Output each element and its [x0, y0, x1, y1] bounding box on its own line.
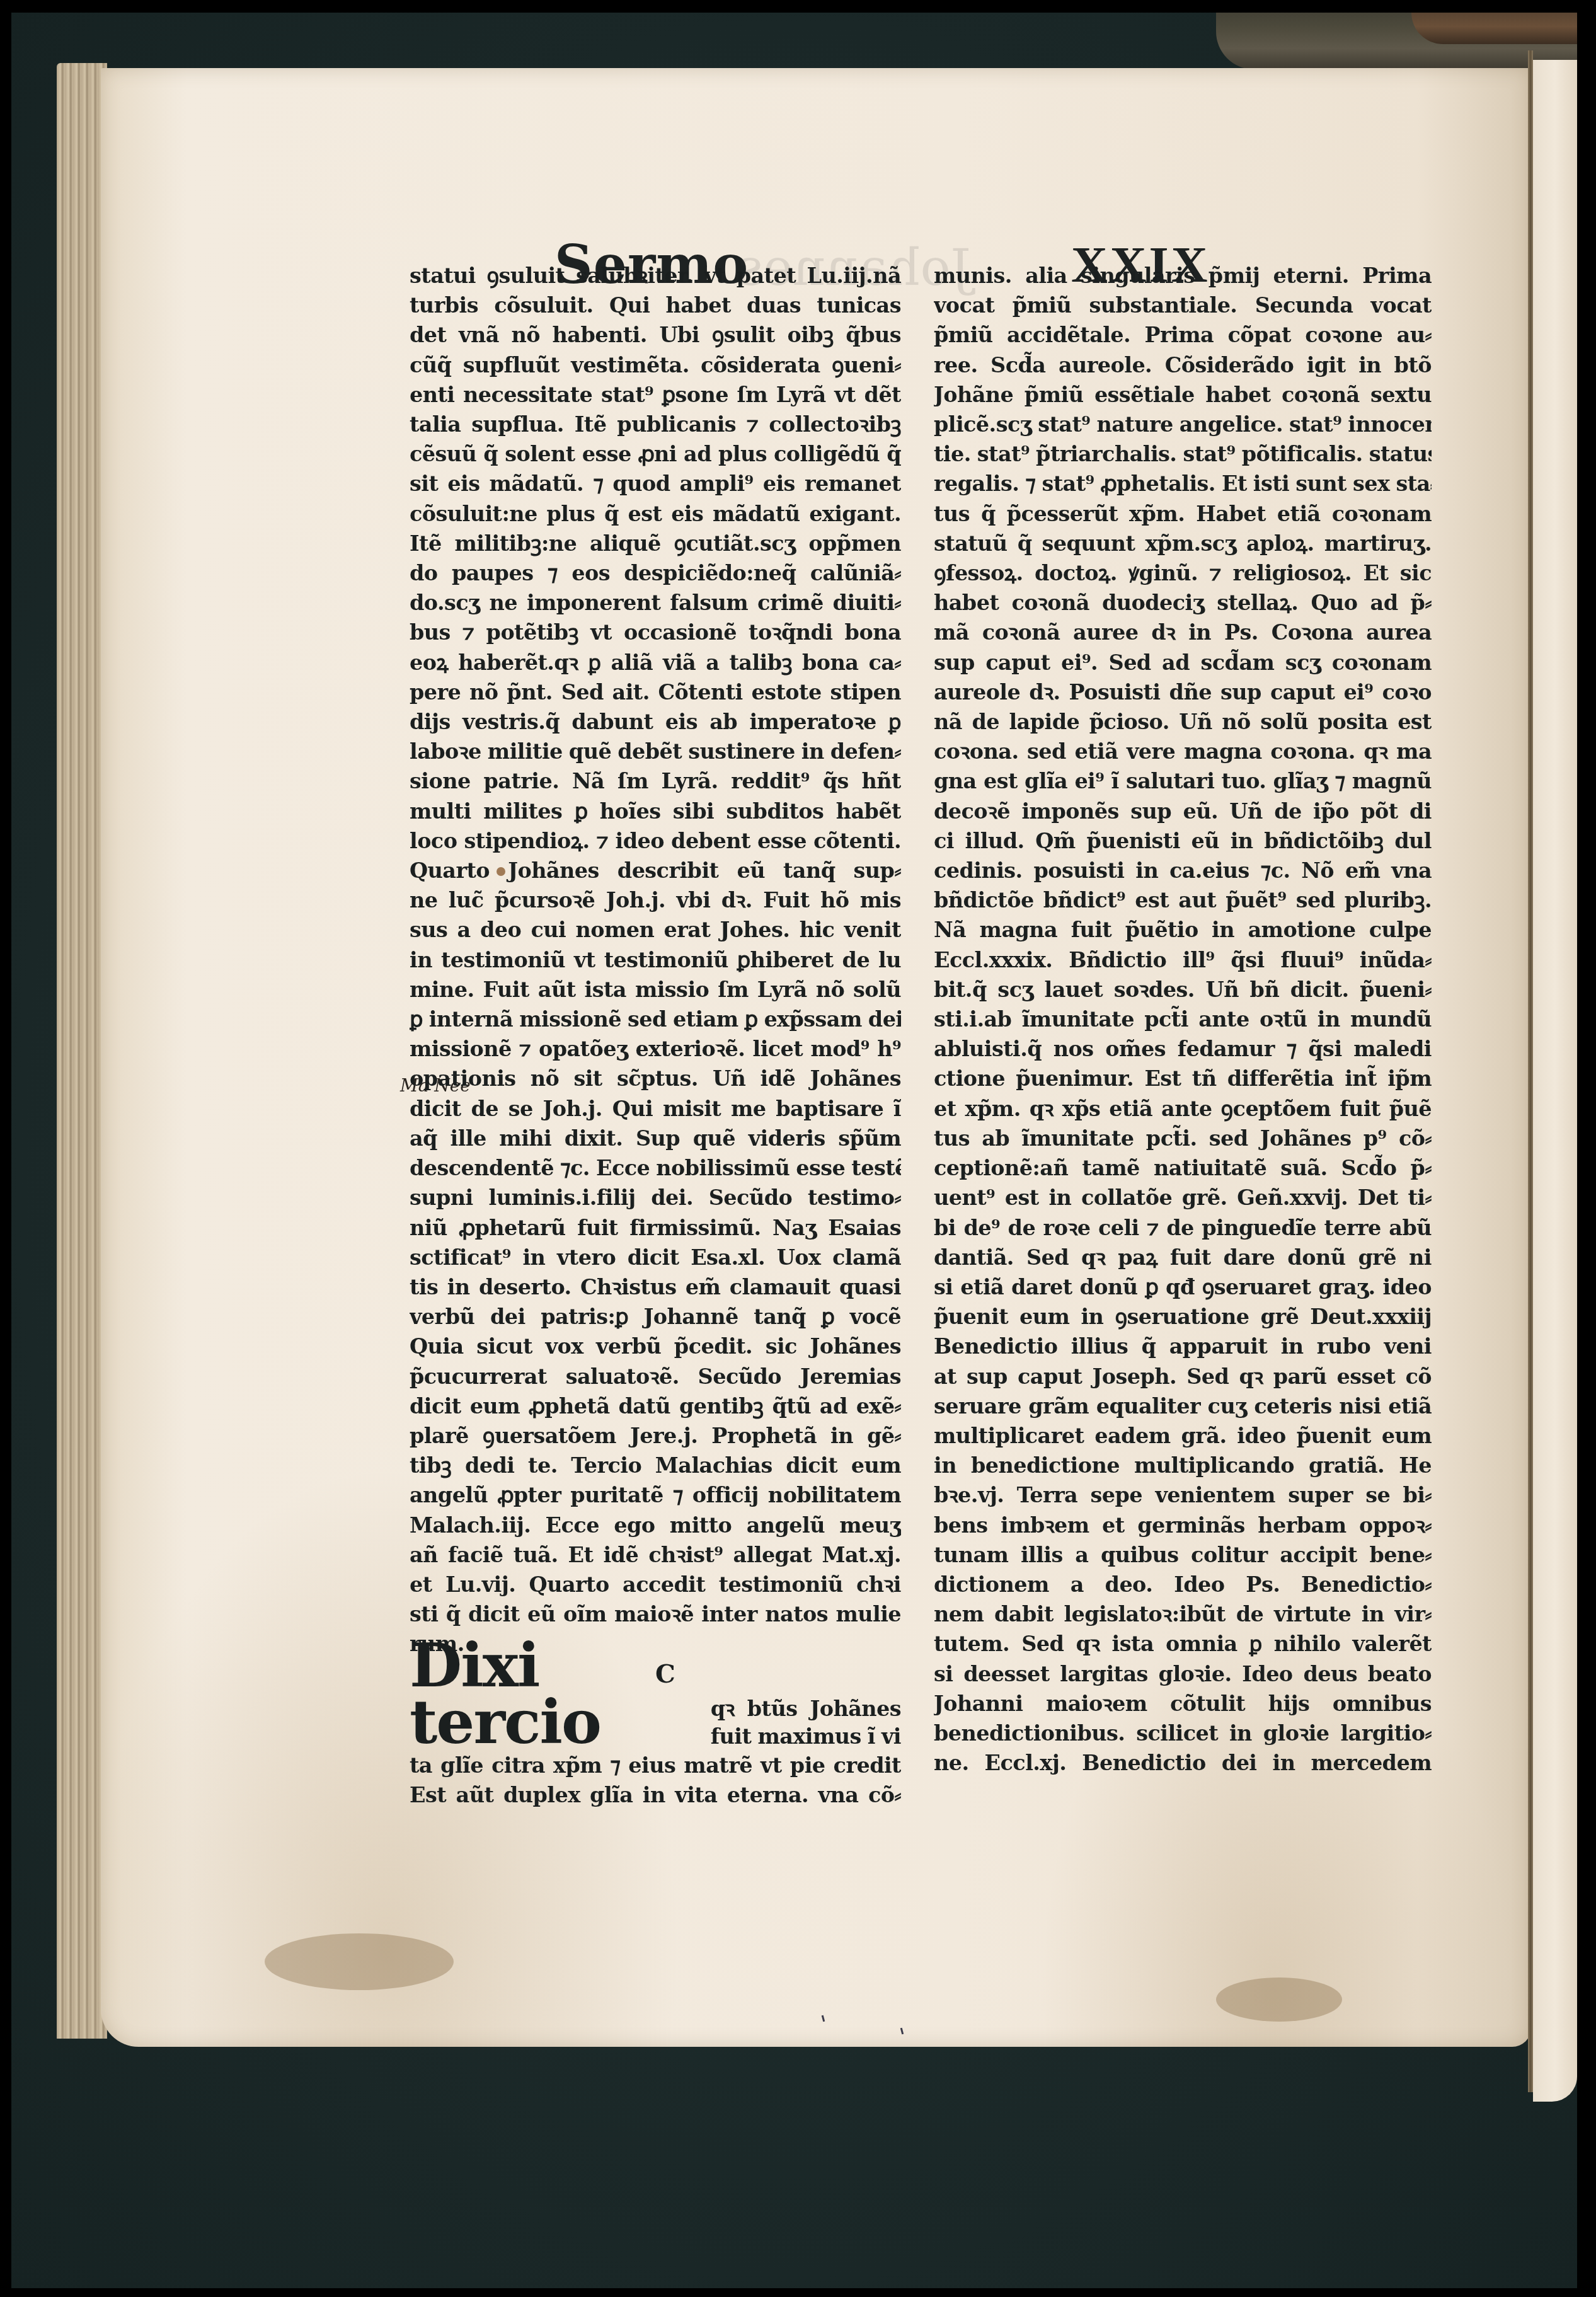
text-line: et xp̃m. qꝛ xp̃s etiã ante ꝯceptõem fuit…	[934, 1094, 1432, 1124]
text-line: seruare grãm equaliter cuʒ ceteris nisi …	[934, 1391, 1432, 1421]
text-line: et Lu.vij. Quarto accedit testimoniũ chꝛ…	[410, 1570, 901, 1599]
ink-speck	[900, 2028, 904, 2034]
text-line: ne. Eccl.xj. Benedictio dei in mercedem	[934, 1748, 1432, 1778]
text-line: enti necessitate stat⁹ ꝑsone ſm Lyrã vt …	[410, 380, 901, 410]
text-line: ceptionẽ:añ tamẽ natiuitatẽ suã. Scd̃o p…	[934, 1153, 1432, 1183]
text-line: descendentẽ ⁊c. Ecce nobilissimũ esse te…	[410, 1153, 901, 1183]
text-line: angelũ ꝓpter puritatẽ ⁊ officij nobilita…	[410, 1480, 901, 1510]
dropcap-heading: Dixi tercio	[410, 1637, 706, 1751]
text-line: laboꝛe militie quẽ debẽt sustinere in de…	[410, 737, 901, 766]
text-line: tus ab ĩmunitate pct̃i. sed Johãnes p⁹ c…	[934, 1124, 1432, 1153]
text-line: ne luc̃ p̃cursoꝛẽ Joh.j. vbi dꝛ. Fuit hõ…	[410, 885, 901, 915]
text-line: Nã magna fuit p̃uẽtio in amotione culpe	[934, 915, 1432, 945]
text-line: sit eis mãdatũ. ⁊ quod ampli⁹ eis remane…	[410, 469, 901, 498]
text-line: Johãne p̃miũ essẽtiale habet coꝛonã sext…	[934, 380, 1432, 410]
text-line: Malach.iij. Ecce ego mitto angelũ meuʒ	[410, 1511, 901, 1540]
text-line: plarẽ ꝯuersatõem Jere.j. Prophetã in gẽ⸗	[410, 1421, 901, 1451]
text-line: dicit eum ꝓphetã datũ gentibꝫ q̃tũ ad ex…	[410, 1391, 901, 1421]
text-line: si deesset largitas gloꝛie. Ideo deus be…	[934, 1659, 1432, 1689]
text-line: niũ ꝓphetarũ fuit firmissimũ. Naʒ Esaias	[410, 1213, 901, 1243]
text-line: tis in deserto. Chꝛistus em̃ clamauit qu…	[410, 1272, 901, 1302]
text-line: Quarto Johãnes describit eũ tanq̃ sup⸗	[410, 856, 901, 885]
text-line: statuũ q̃ sequunt xp̃m.scʒ aploꝝ. martir…	[934, 529, 1432, 558]
text-line: gna est glĩa ei⁹ ĩ salutari tuo. glĩaʒ ⁊…	[934, 766, 1432, 796]
text-line: Quia sicut vox verbũ p̃cedit. sic Johãne…	[410, 1332, 901, 1361]
scan-border-bottom	[0, 2288, 1596, 2297]
ink-speck	[822, 2015, 825, 2022]
left-text-column: statui ꝯsuluit salubꝛiter. vt patet Lu.i…	[410, 261, 901, 1810]
text-line: turbis cõsuluit. Qui habet duas tunicas	[410, 291, 901, 320]
text-line: sus a deo cui nomen erat Johes. hic veni…	[410, 915, 901, 945]
text-line: ree. Scd̃a aureole. Cõsiderãdo igit in b…	[934, 350, 1432, 380]
text-line: fuit maximus ĩ vi	[711, 1723, 901, 1751]
text-line: plicẽ.scʒ stat⁹ nature angelice. stat⁹ i…	[934, 410, 1432, 439]
text-line: sione patrie. Nã ſm Lyrã. reddit⁹ q̃s hñ…	[410, 766, 901, 796]
text-line: bꝛe.vj. Terra sepe venientem super se bi…	[934, 1480, 1432, 1510]
text-line: sti q̃ dicit eũ oĩm maioꝛẽ inter natos m…	[410, 1599, 901, 1629]
text-line: sti.i.ab ĩmunitate pct̃i ante oꝛtũ in mu…	[934, 1005, 1432, 1034]
text-line: cẽsuũ q̃ solent esse ꝓni ad plus colligẽ…	[410, 439, 901, 469]
text-line: eoꝝ haberẽt.qꝛ ꝑ aliã viã a talibꝫ bona …	[410, 648, 901, 677]
text-line: si etiã daret donũ ꝑ qđ ꝯseruaret graʒ. …	[934, 1272, 1432, 1302]
text-line: dictionem a deo. Ideo Ps. Benedictio⸗	[934, 1570, 1432, 1599]
facing-page-edge	[1533, 60, 1577, 2102]
text-line: ꝯfessoꝝ. doctoꝝ. ꝟginũ. ⁊ religiosoꝝ. Et…	[934, 558, 1432, 588]
text-line: Johanni maioꝛem cõtulit hijs omnibus	[934, 1689, 1432, 1718]
text-line: munis. alia singularis p̃mij eterni. Pri…	[934, 261, 1432, 291]
text-line: talia supflua. Itẽ publicanis ⁊ collecto…	[410, 410, 901, 439]
text-line: ci illud. Qm̃ p̃uenisti eũ in bñdictõibꝫ…	[934, 826, 1432, 856]
text-line: at sup caput Joseph. Sed qꝛ parũ esset c…	[934, 1362, 1432, 1391]
text-line: p̃cucurrerat saluatoꝛẽ. Secũdo Jeremias	[410, 1362, 901, 1391]
text-line: p̃uenit eum in ꝯseruatione grẽ Deut.xxxi…	[934, 1302, 1432, 1332]
text-line: tutem. Sed qꝛ ista omnia ꝑ nihilo valerẽ…	[934, 1629, 1432, 1659]
text-line: uent⁹ est in collatõe grẽ. Geñ.xxvij. De…	[934, 1183, 1432, 1212]
text-line: tie. stat⁹ p̃triarchalis. stat⁹ põtifica…	[934, 439, 1432, 469]
text-line: tunam illis a quibus colitur accipit ben…	[934, 1540, 1432, 1570]
scan-border-right	[1577, 0, 1596, 2297]
text-line: det vnã nõ habenti. Ubi ꝯsulit oibꝫ q̃bu…	[410, 320, 901, 350]
text-line: opationis nõ sit sc̃ptus. Uñ idẽ Johãnes	[410, 1064, 901, 1093]
text-line: ctione p̃uenimur. Est tñ differẽtia int̃…	[934, 1064, 1432, 1093]
text-line: bi de⁹ de roꝛe celi ⁊ de pinguedĩe terre…	[934, 1213, 1432, 1243]
text-line: Benedictio illius q̃ apparuit in rubo ve…	[934, 1332, 1432, 1361]
text-line: supni luminis.i.filij dei. Secũdo testim…	[410, 1183, 901, 1212]
dropcap-heading-block: Dixi tercioqꝛ btũs Johãnesfuit maximus ĩ…	[410, 1691, 901, 1751]
water-stain	[265, 1933, 454, 1990]
text-line: dantiã. Sed qꝛ paꝝ fuit dare donũ grẽ ni	[934, 1243, 1432, 1272]
text-line: aureole dꝛ. Posuisti dñe sup caput ei⁹ c…	[934, 677, 1432, 707]
text-line: aq̃ ille mihi dixit. Sup quẽ videris sp̃…	[410, 1124, 901, 1153]
page-stack-edge	[57, 63, 107, 2039]
text-line: ꝑ internã missionẽ sed etiam ꝑ exp̃ssam …	[410, 1005, 901, 1034]
text-line: habet coꝛonã duodeciʒ stellaꝝ. Quo ad p̃…	[934, 588, 1432, 618]
text-line: coꝛona. sed etiã vere magna coꝛona. qꝛ m…	[934, 737, 1432, 766]
text-line: abluisti.q̃ nos om̃es fedamur ⁊ q̃si mal…	[934, 1034, 1432, 1064]
text-line: multi milites ꝑ hoĩes sibi subditos habẽ…	[410, 797, 901, 826]
text-line: bus ⁊ potẽtibꝫ vt occasionẽ toꝛq̃ndi bon…	[410, 618, 901, 647]
text-line: mã coꝛonã auree dꝛ in Ps. Coꝛona aurea	[934, 618, 1432, 647]
text-line: tus q̃ p̃cesserũt xp̃m. Habet etiã coꝛon…	[934, 499, 1432, 529]
text-line: verbũ dei patris:ꝑ Johannẽ tanq̃ ꝑ vocẽ	[410, 1302, 901, 1332]
text-line: ta glĩe citra xp̃m ⁊ eius matrẽ vt pie c…	[410, 1751, 901, 1780]
text-line: in benedictione multiplicando gratiã. He	[934, 1451, 1432, 1480]
text-line: bens imbꝛem et germinãs herbam oppoꝛ⸗	[934, 1511, 1432, 1540]
text-line: vocat p̃miũ substantiale. Secunda vocat	[934, 291, 1432, 320]
text-line: nem dabit legislatoꝛ:ibũt de virtute in …	[934, 1599, 1432, 1629]
right-text-column: munis. alia singularis p̃mij eterni. Pri…	[934, 261, 1432, 1778]
book-page: Sermo Johannes XXIX Ma Nee statui ꝯsului…	[101, 68, 1531, 2047]
scan-border-top	[0, 0, 1596, 13]
text-line: regalis. ⁊ stat⁹ ꝓphetalis. Et isti sunt…	[934, 469, 1432, 498]
text-line: cũq̃ supfluũt vestimẽta. cõsiderata ꝯuen…	[410, 350, 901, 380]
text-line: loco stipendioꝝ. ⁊ ideo debent esse cõte…	[410, 826, 901, 856]
text-line: tibꝫ dedi te. Tercio Malachias dicit eum	[410, 1451, 901, 1480]
dropcap-side-text: qꝛ btũs Johãnesfuit maximus ĩ vi	[711, 1695, 901, 1751]
text-line: benedictionibus. scilicet in gloꝛie larg…	[934, 1718, 1432, 1748]
scan-border-left	[0, 0, 11, 2297]
text-line: nã de lapide p̃cioso. Uñ nõ solũ posita …	[934, 707, 1432, 737]
text-line: statui ꝯsuluit salubꝛiter. vt patet Lu.i…	[410, 261, 901, 291]
text-line: p̃miũ accidẽtale. Prima cõpat coꝛone au⸗	[934, 320, 1432, 350]
text-line: bit.q̃ scʒ lauet soꝛdes. Uñ bñ dicit. p̃…	[934, 975, 1432, 1005]
text-line: bñdictõe bñdict⁹ est aut p̃uẽt⁹ sed plur…	[934, 885, 1432, 915]
text-line: añ faciẽ tuã. Et idẽ chꝛist⁹ allegat Mat…	[410, 1540, 901, 1570]
text-line: cedinis. posuisti in ca.eius ⁊c. Nõ em̃ …	[934, 856, 1432, 885]
text-line: cõsuluit:ne plus q̃ est eis mãdatũ exiga…	[410, 499, 901, 529]
text-line: qꝛ btũs Johãnes	[711, 1695, 901, 1723]
text-line: decoꝛẽ imponẽs sup eũ. Uñ de ip̃o põt di	[934, 797, 1432, 826]
text-line: dijs vestris.q̃ dabunt eis ab imperatoꝛe…	[410, 707, 901, 737]
text-line: pere nõ p̃nt. Sed ait. Cõtenti estote st…	[410, 677, 901, 707]
text-line: in testimoniũ vt testimoniũ ꝑhiberet de …	[410, 945, 901, 975]
text-line: Itẽ militibꝫ:ne aliquẽ ꝯcutiãt.scʒ opp̃m…	[410, 529, 901, 558]
water-stain	[1216, 1977, 1342, 2022]
text-line: sup caput ei⁹. Sed ad scd̃am scʒ coꝛonam	[934, 648, 1432, 677]
text-line: do.scʒ ne imponerent falsum crimẽ diuiti…	[410, 588, 901, 618]
text-line: multiplicaret eadem grã. ideo p̃uenit eu…	[934, 1421, 1432, 1451]
text-line: Est aũt duplex glĩa in vita eterna. vna …	[410, 1780, 901, 1810]
text-line: dicit de se Joh.j. Qui misit me baptisar…	[410, 1094, 901, 1124]
text-line: mine. Fuit aũt ista missio ſm Lyrã nõ so…	[410, 975, 901, 1005]
text-line: missionẽ ⁊ opatõeʒ exterioꝛẽ. licet mod⁹…	[410, 1034, 901, 1064]
text-line: Eccl.xxxix. Bñdictio ill⁹ q̃si fluui⁹ in…	[934, 945, 1432, 975]
text-line: do paupes ⁊ eos despiciẽdo:neq̃ calũniã⸗	[410, 558, 901, 588]
text-line: sctificat⁹ in vtero dicit Esa.xl. Uox cl…	[410, 1243, 901, 1272]
page-gutter	[1528, 50, 1533, 2092]
